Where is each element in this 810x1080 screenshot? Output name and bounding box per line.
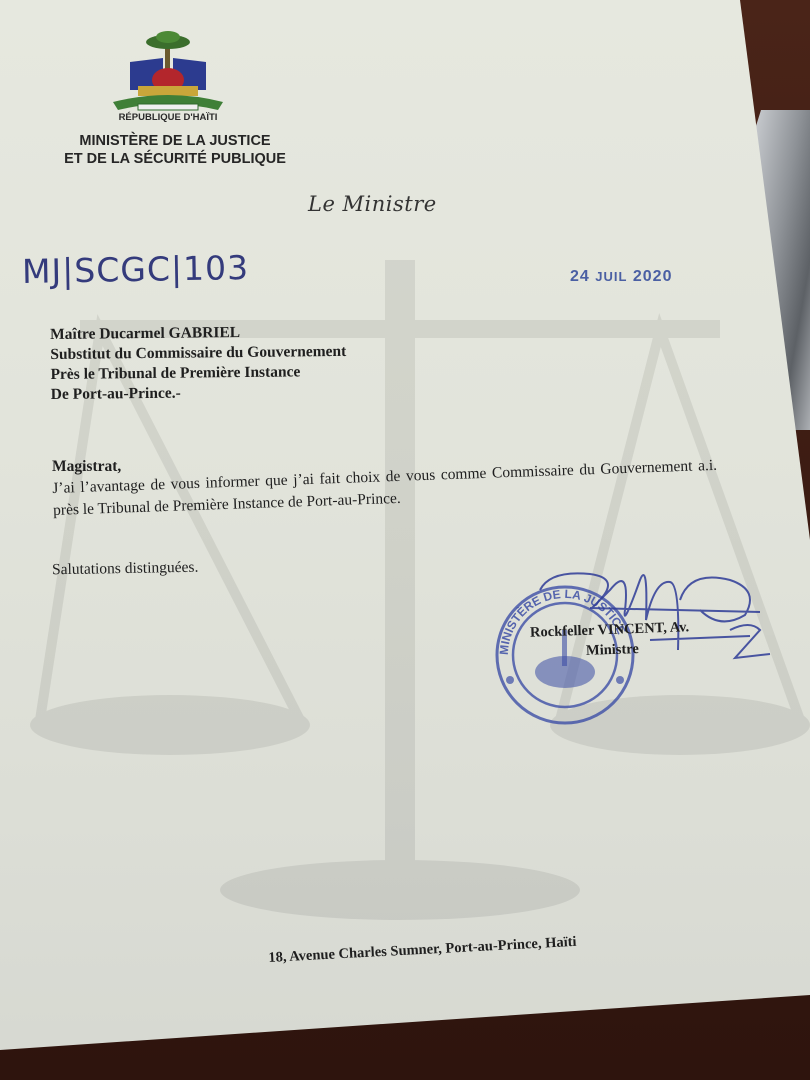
footer-address: 18, Avenue Charles Sumner, Port-au-Princ… <box>268 934 577 967</box>
closing: Salutations distinguées. <box>52 559 199 580</box>
date-month: JUIL <box>595 269 627 284</box>
signature-block: MINISTÈRE DE LA JUSTICE Rockfeller VINCE… <box>490 560 780 730</box>
ministry-name: MINISTÈRE DE LA JUSTICE ET DE LA SÉCURIT… <box>40 132 310 168</box>
ministry-line-2: ET DE LA SÉCURITÉ PUBLIQUE <box>40 150 310 168</box>
addressee-line: Substitut du Commissaire du Gouvernement <box>50 342 346 365</box>
letter-body: J’ai l’avantage de vous informer que j’a… <box>52 455 718 522</box>
letter-page: RÉPUBLIQUE D'HAÏTI MINISTÈRE DE LA JUSTI… <box>0 0 810 1080</box>
date-year: 2020 <box>633 268 673 285</box>
coat-of-arms-icon <box>108 28 228 120</box>
date-stamp: 24 JUIL 2020 <box>570 268 672 286</box>
country-name: RÉPUBLIQUE D'HAÏTI <box>108 112 228 123</box>
handwritten-signature <box>530 560 780 670</box>
office-title: Le Ministre <box>308 192 437 216</box>
addressee-line: De Port-au-Prince.- <box>51 382 347 405</box>
ministry-line-1: MINISTÈRE DE LA JUSTICE <box>40 132 310 150</box>
date-day: 24 <box>570 268 590 285</box>
addressee-block: Maître Ducarmel GABRIEL Substitut du Com… <box>50 322 347 405</box>
signer-title: Ministre <box>586 641 639 660</box>
salutation: Magistrat, <box>52 458 121 476</box>
reference-number: MJ|SCGC|103 <box>22 248 250 291</box>
